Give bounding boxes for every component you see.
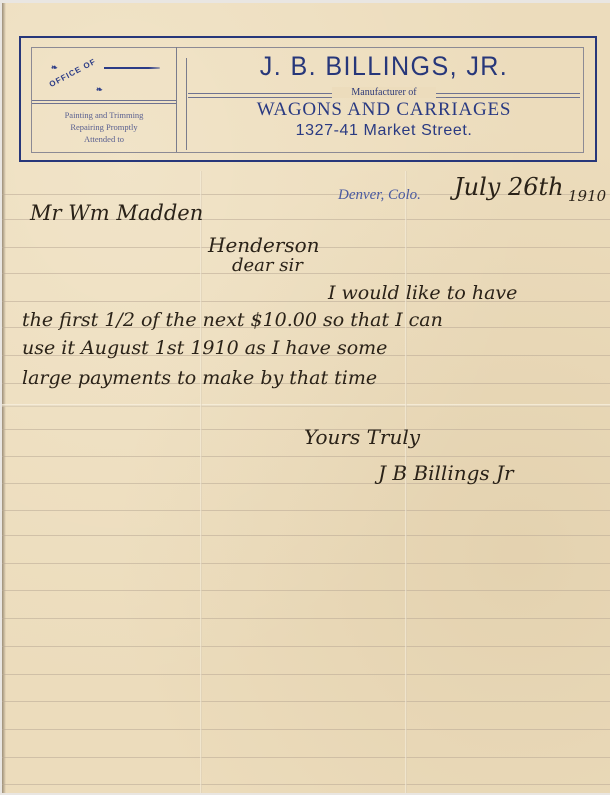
letter-page: ❧ OFFICE OF ❧ Painting and Trimming Repa… [2,3,610,793]
recipient-city: Henderson [208,233,320,257]
body-line: large payments to make by that time [22,367,377,389]
recipient-name: Mr Wm Madden [30,201,203,225]
ruled-line [2,510,610,511]
body-line: use it August 1st 1910 as I have some [22,337,387,359]
signature: J B Billings Jr [378,461,514,485]
ruled-line [2,701,610,702]
product-line: WAGONS AND CARRIAGES [187,99,581,121]
place-line: Denver, Colo. [338,187,421,204]
services-list: Painting and Trimming Repairing Promptly… [32,109,176,145]
salutation: dear sir [232,255,303,276]
horizontal-fold-crease [2,404,610,407]
letter-date: July 26th [454,173,564,201]
ruled-line [2,646,610,647]
letter-year: 1910 [568,187,606,205]
ruled-line [2,590,610,591]
ruled-line [2,563,610,564]
ruled-line [2,273,610,274]
ruled-line [2,757,610,758]
ruled-line [2,301,610,302]
service-line: Repairing Promptly [32,121,176,133]
manufacturer-label: Manufacturer of [332,87,436,98]
ruled-line [2,618,610,619]
office-of-blank-line [104,67,160,69]
letterhead-panel-rule [32,100,176,101]
office-of-block: ❧ OFFICE OF ❧ [46,63,166,99]
ruled-line [2,483,610,484]
ruled-line [2,674,610,675]
body-line: the first 1/2 of the next $10.00 so that… [22,309,443,331]
letterhead-divider [176,47,177,152]
body-line: I would like to have [328,282,517,304]
vertical-fold-crease [200,171,202,793]
leaf-ornament-icon: ❧ [96,85,103,94]
ruled-line [2,535,610,536]
leaf-ornament-icon: ❧ [51,63,58,72]
company-name: J. B. BILLINGS, JR. [201,51,567,82]
ruled-line [2,784,610,785]
letterhead-panel-rule [32,103,176,104]
ruled-line [2,729,610,730]
closing: Yours Truly [304,425,420,449]
service-line: Painting and Trimming [32,109,176,121]
service-line: Attended to [32,133,176,145]
company-address: 1327-41 Market Street. [187,122,581,140]
ruled-line [2,456,610,457]
